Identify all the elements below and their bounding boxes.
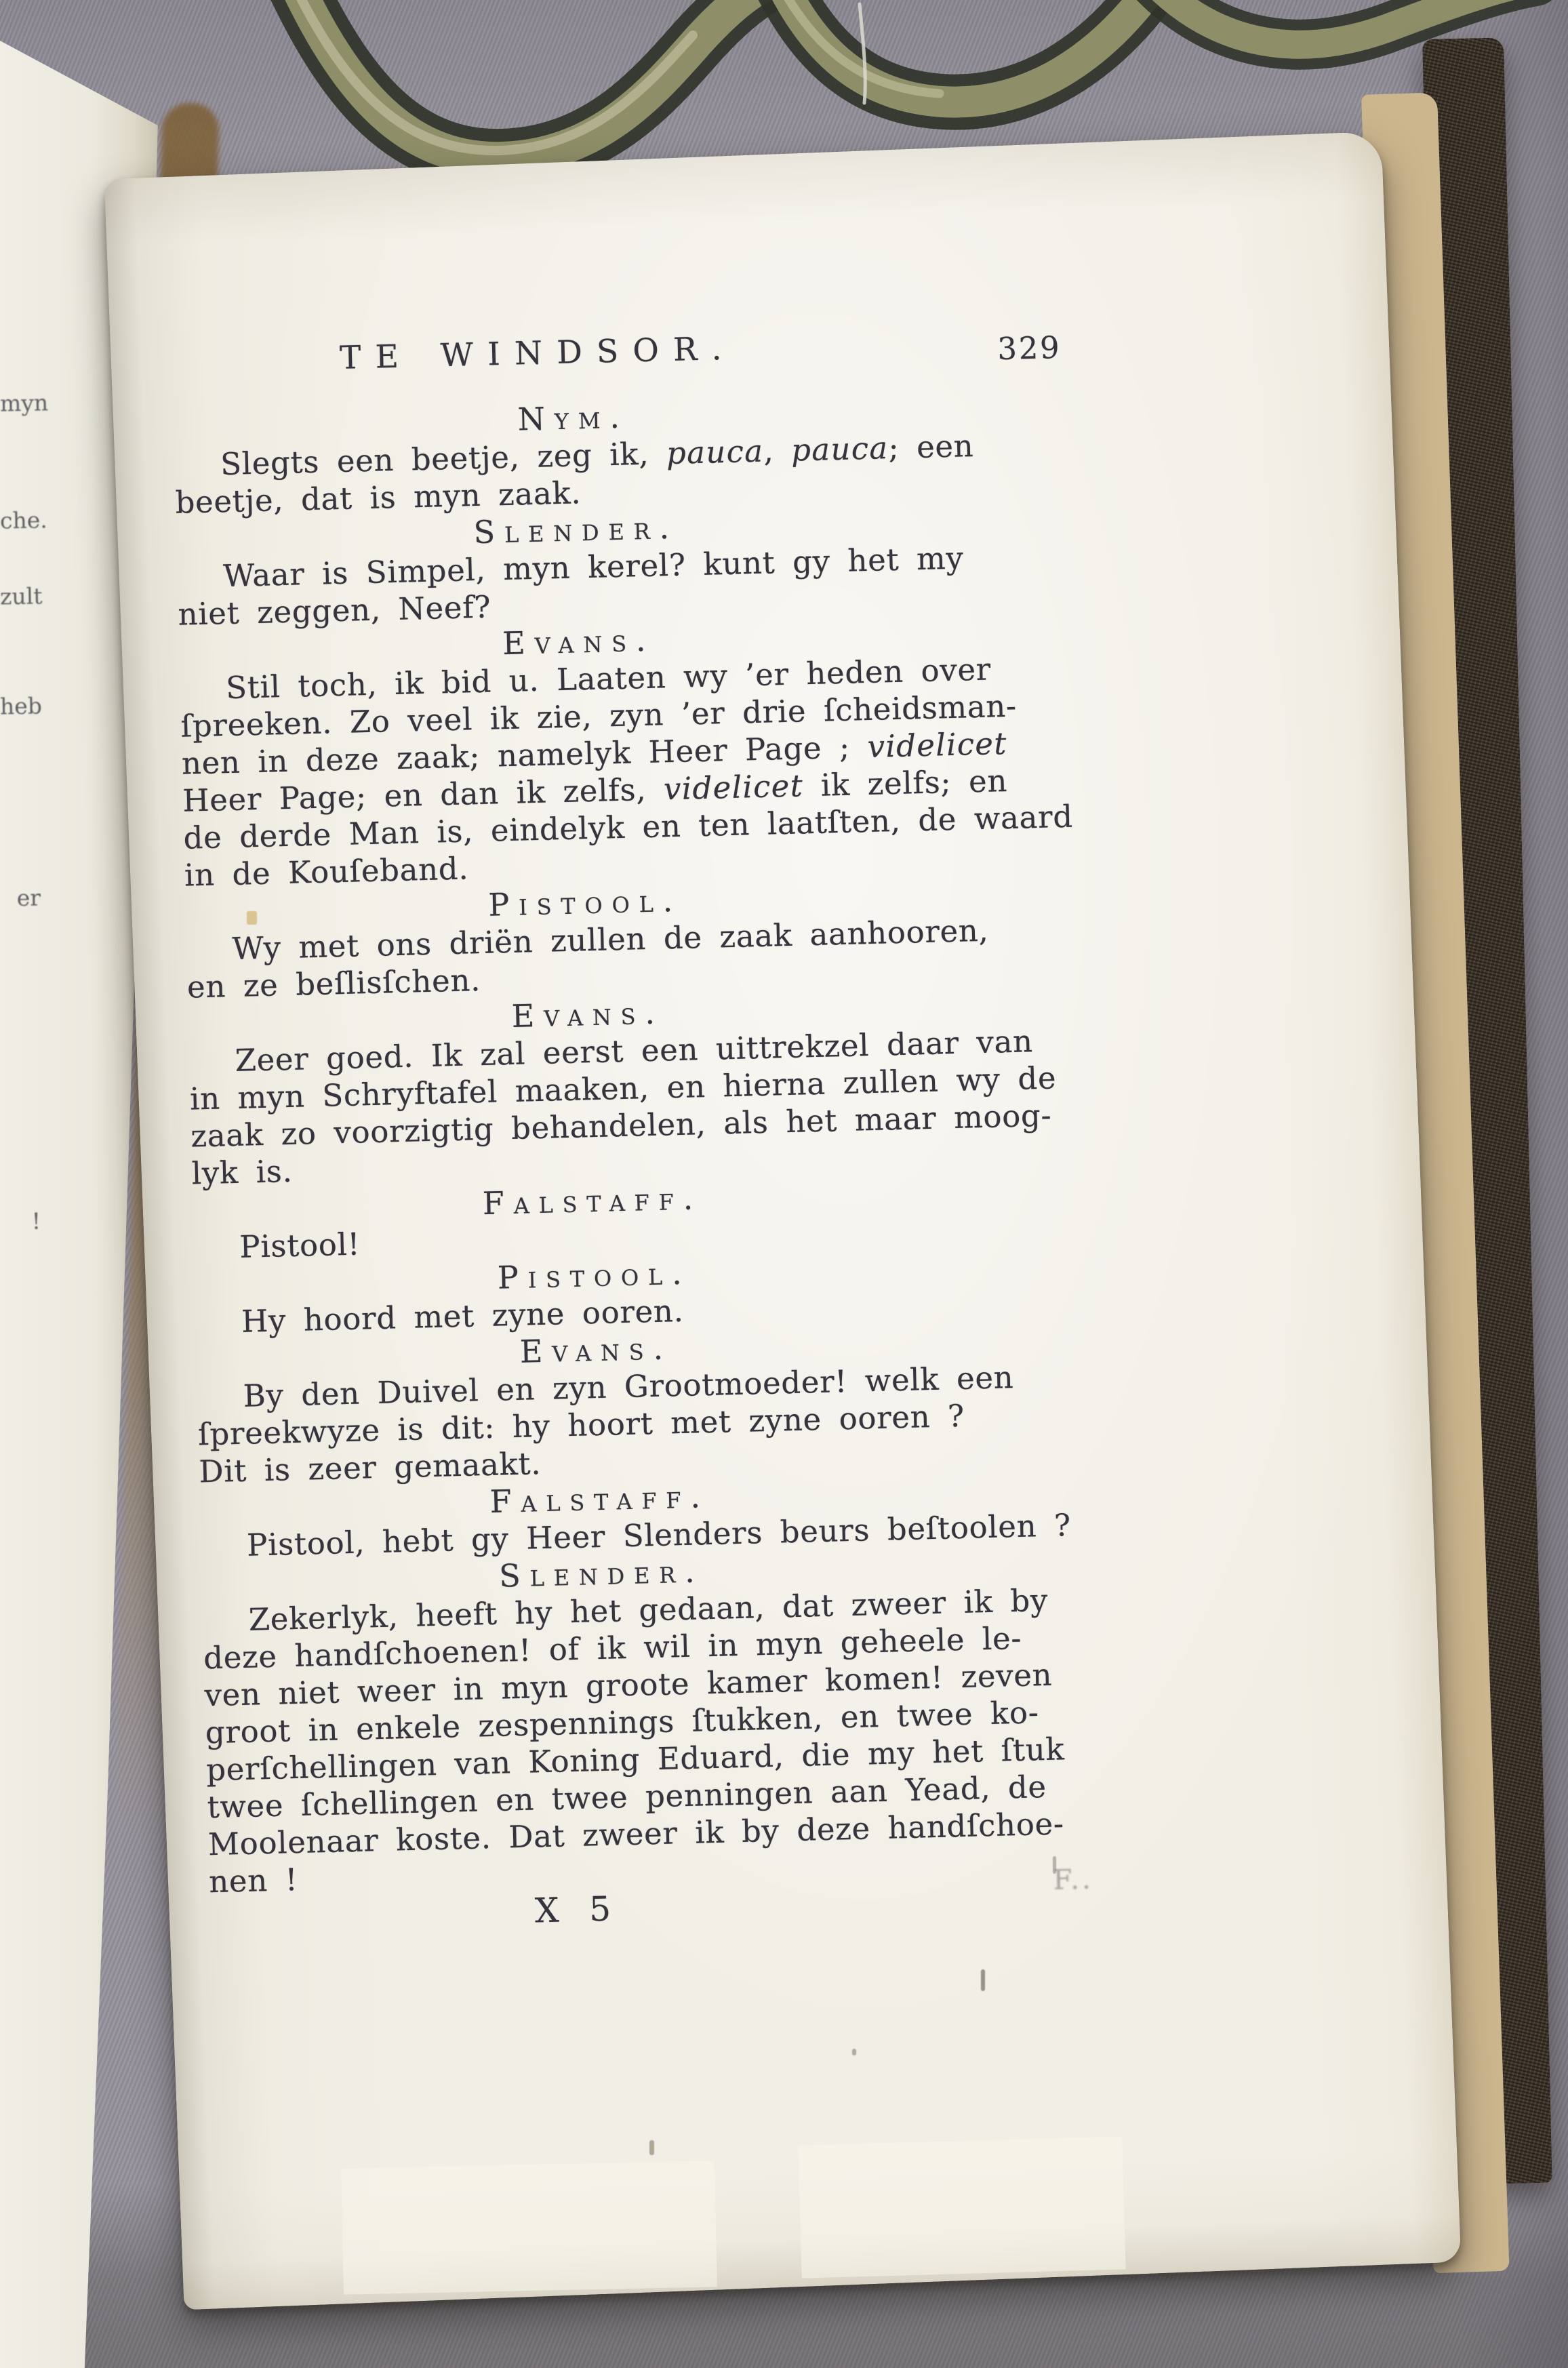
page-text: TE WINDSOR. 329 Nym.Slegts een beetje, z… — [172, 322, 1092, 1975]
stray-mark — [852, 2049, 856, 2055]
page-number: 329 — [997, 329, 1062, 367]
facing-page-text-fragment: myn — [0, 389, 41, 416]
stray-mark — [981, 1969, 985, 1991]
running-title: TE WINDSOR. — [97, 324, 979, 383]
speeches: Nym.Slegts een beetje, zeg ik, pauca, pa… — [173, 388, 1090, 1900]
page-header: TE WINDSOR. 329 — [172, 322, 1053, 381]
paper-slip — [798, 2136, 1125, 2278]
paper-slip — [341, 2161, 717, 2294]
facing-page-text-fragment: zult — [0, 582, 41, 609]
facing-page-text-fragment: che. — [0, 506, 41, 534]
stray-mark — [649, 2140, 654, 2155]
stray-mark — [1053, 1856, 1056, 1874]
stray-mark — [247, 911, 257, 925]
catchword: F.. — [1053, 1861, 1093, 1899]
book-page: TE WINDSOR. 329 Nym.Slegts een beetje, z… — [104, 132, 1462, 2310]
facing-page-text-fragment: heb — [0, 692, 41, 719]
facing-page-text-fragment: er — [0, 884, 41, 911]
facing-page-text-fragment: ! — [0, 1207, 41, 1235]
